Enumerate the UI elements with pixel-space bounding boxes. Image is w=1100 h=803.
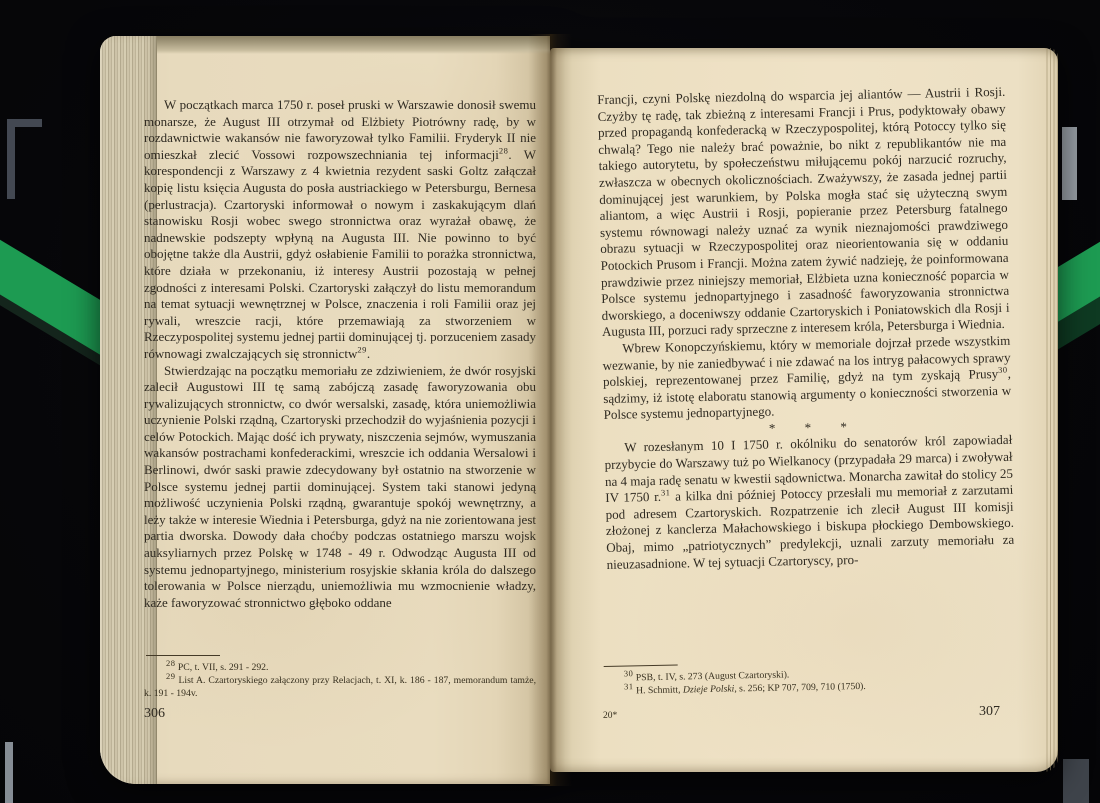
- footnote-text: List A. Czartoryskiego załączony przy Re…: [144, 675, 536, 699]
- body-text-segment: .: [367, 346, 370, 361]
- left-page-footnotes: 28 PC, t. VII, s. 291 - 292. 29 List A. …: [144, 655, 536, 701]
- footnote-rule: [146, 655, 220, 656]
- right-page: Francji, czyni Polskę niezdolną do wspar…: [550, 48, 1058, 772]
- paragraph: Stwierdzając na początku memoriału ze zd…: [144, 363, 536, 612]
- page-number-right: 307: [979, 704, 1000, 720]
- footnote-marker-29: 29: [166, 671, 176, 681]
- body-text-segment: Stwierdzając na początku memoriału ze zd…: [144, 363, 536, 610]
- body-text-segment: Wbrew Konopczyńskiemu, który w memoriale…: [602, 333, 1010, 389]
- body-text-segment: . W korespondencji z Warszawy z 4 kwietn…: [144, 147, 536, 361]
- page-number-left: 306: [144, 706, 165, 722]
- photo-of-open-book: { "scene": { "background_color": "#07070…: [0, 0, 1100, 803]
- gray-bar-left-bottom: [5, 742, 13, 803]
- footnote: 29 List A. Czartoryskiego załączony przy…: [144, 674, 536, 700]
- footnote-text: PC, t. VII, s. 291 - 292.: [178, 662, 269, 673]
- footnote: 28 PC, t. VII, s. 291 - 292.: [144, 661, 536, 674]
- left-page: W początkach marca 1750 r. poseł pruski …: [100, 36, 550, 784]
- paragraph: Francji, czyni Polskę niezdolną do wspar…: [597, 84, 1010, 341]
- signature-mark: 20*: [603, 711, 617, 721]
- corner-bracket-marker: [7, 119, 42, 199]
- gray-bar-right-top: [1062, 127, 1077, 200]
- footnote-marker-31: 31: [624, 681, 634, 691]
- footnote-marker-30: 30: [624, 668, 634, 678]
- footnote-ref-31: 31: [661, 488, 671, 498]
- gray-bar-right-bottom: [1063, 759, 1089, 803]
- footnote-ref-30: 30: [998, 365, 1008, 375]
- footnote-marker-28: 28: [166, 658, 176, 668]
- paragraph: W rozesłanym 10 I 1750 r. okólniku do se…: [604, 432, 1015, 573]
- footnote-rule: [604, 665, 678, 667]
- paragraph: Wbrew Konopczyńskiemu, który w memoriale…: [602, 333, 1012, 424]
- body-text-segment: Francji, czyni Polskę niezdolną do wspar…: [597, 84, 1010, 339]
- footnote-ref-29: 29: [357, 345, 367, 355]
- body-text-segment: W początkach marca 1750 r. poseł pruski …: [144, 97, 536, 162]
- open-book: W początkach marca 1750 r. poseł pruski …: [100, 34, 1058, 786]
- footnote-ref-28: 28: [499, 145, 509, 155]
- right-page-footnotes: 30 PSB, t. IV, s. 273 (August Czartorysk…: [602, 658, 1011, 698]
- paragraph: W początkach marca 1750 r. poseł pruski …: [144, 97, 536, 363]
- footnote-text: , s. 256; KP 707, 709, 710 (1750).: [734, 681, 866, 695]
- footnote-text: H. Schmitt,: [636, 685, 683, 697]
- right-page-body-text: Francji, czyni Polskę niezdolną do wspar…: [597, 84, 1015, 573]
- left-page-body-text: W początkach marca 1750 r. poseł pruski …: [144, 97, 536, 611]
- footnote-text-italic: Dzieje Polski: [683, 684, 735, 696]
